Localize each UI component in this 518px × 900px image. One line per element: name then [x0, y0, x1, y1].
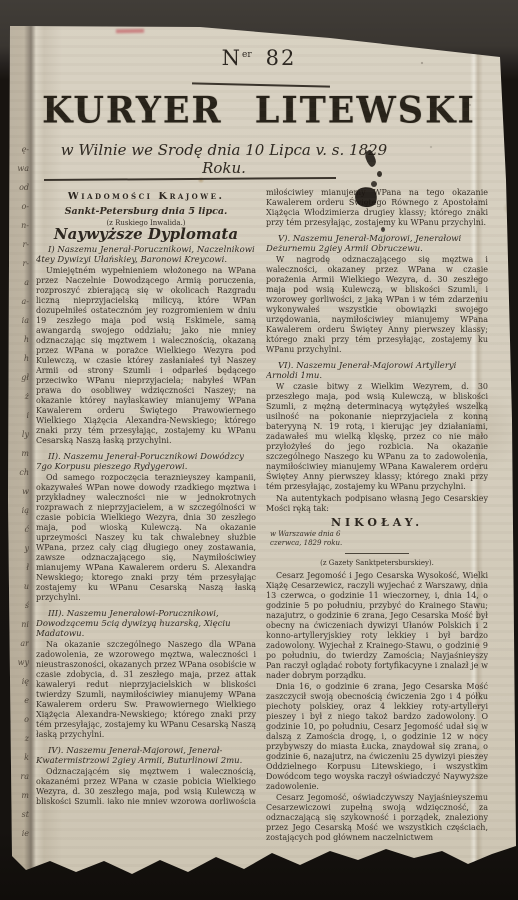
article-body-3: Na okazanie szczególnego Naszego dla WPa… — [36, 640, 256, 740]
imperial-signature: NIKOŁAY. — [266, 518, 488, 528]
article-body-2: Od samego rozpoczęcia teraznieyszey kamp… — [36, 473, 256, 603]
issue-prefix: N — [222, 46, 242, 70]
rule-under-dateline — [44, 177, 336, 181]
article-body-5: W nagrodę odznaczającego się męztwa i wa… — [266, 255, 488, 355]
article-continuation: miłościwiey mianujemy WPana na tego okaz… — [266, 188, 488, 228]
article-heading-3: III). Naszemu Jenerałowi-Porucznikowi, D… — [36, 609, 256, 639]
issue-number: 82 — [266, 46, 297, 70]
issue-superscript: er — [242, 50, 252, 60]
issue-number-line: Ner82 — [0, 46, 518, 70]
signature-place-date: w Warszawie dnia 6 czerwca, 1829 roku. — [270, 530, 488, 548]
article-body-4: Odznaczającém się męztwem i walecznością… — [36, 767, 256, 804]
article-body-6: W czasie bitwy z Wielkim Wezyrem, d. 30 … — [266, 382, 488, 492]
article-heading-2: II). Naszemu Jenerał-Porucznikowi Dowódz… — [36, 452, 256, 472]
left-text-column: Wiadomości Krajowe. Sankt-Petersburg dni… — [36, 192, 256, 804]
ink-dot — [381, 227, 385, 232]
dispatch-dateline: Sankt-Petersburg dnia 5 lipca. — [36, 207, 256, 217]
article-headline: Naywyższe Dyplomata — [36, 229, 256, 239]
article-heading-6: VI). Naszemu Jenerał-Majorowi Artylleryi… — [266, 361, 488, 381]
red-pencil-mark — [116, 29, 144, 33]
gazette-source-note: (z Gazety Sanktpetersburskiey). — [266, 558, 488, 568]
news-paragraph-3: Cesarz Jegomość, oświadczywszy Nayjaśnie… — [266, 793, 488, 843]
underlying-page-edge-text: ę- wa od o- n- r- r- a a- ia h h gł ż i … — [9, 140, 29, 855]
news-paragraph-1: Cesarz Jegomość i Jego Cesarska Wysokość… — [266, 571, 488, 681]
article-heading-5: V). Naszemu Jenerał-Majorowi, Jenerałowi… — [266, 234, 488, 254]
rule-under-issue-number — [192, 82, 330, 87]
paper-sheet: ę- wa od o- n- r- r- a a- ia h h gł ż i … — [0, 0, 518, 900]
masthead-dateline: w Wilnie we Srodę dnia 10 Lipca v. s. 18… — [38, 141, 410, 177]
section-header-domestic-news: Wiadomości Krajowe. — [36, 192, 256, 202]
ink-dot — [377, 171, 382, 177]
newspaper-title: KURYER LITEWSKI — [28, 89, 490, 132]
ink-dot — [371, 181, 377, 187]
news-paragraph-2: Dnia 16, o godzinie 6 zrana, Jego Cesars… — [266, 682, 488, 792]
article-heading-4: IV). Naszemu Jenerał-Majorowi, Jenerał-K… — [36, 746, 256, 766]
article-heading-1: I) Naszemu Jenerał-Porucznikowi, Naczeln… — [36, 245, 256, 265]
article-body-1: Umiejętném wypełnieniem włożonego na WPa… — [36, 266, 256, 446]
separator-rule — [345, 553, 409, 554]
right-text-column: miłościwiey mianujemy WPana na tego okaz… — [266, 188, 488, 846]
scanned-newspaper-page: ę- wa od o- n- r- r- a a- ia h h gł ż i … — [0, 0, 518, 900]
attestation-line: Na autentykach podpisano własną Jego Ces… — [266, 494, 488, 514]
